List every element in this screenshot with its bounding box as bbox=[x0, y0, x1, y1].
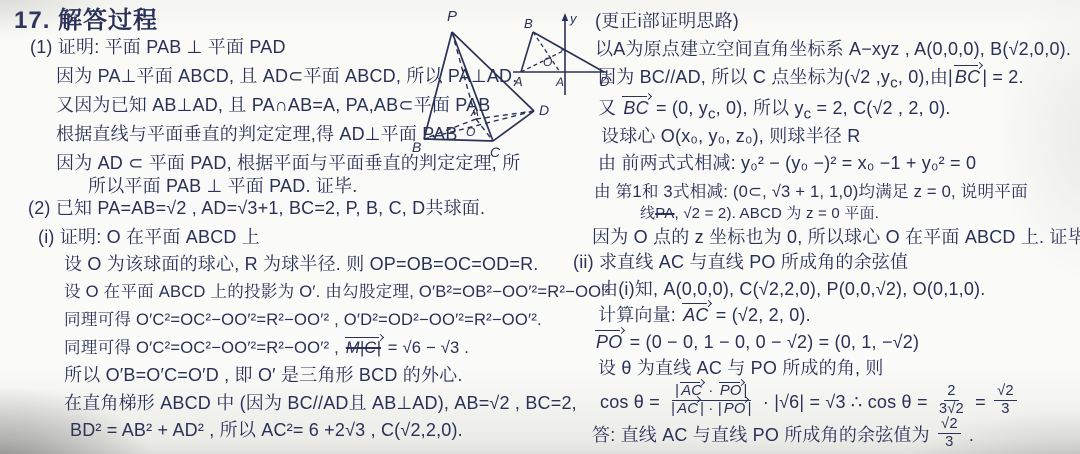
vertex-label-d: D bbox=[539, 102, 549, 118]
solution-line: 计算向量: AC = (√2, 2, 0). bbox=[598, 304, 811, 327]
axis-label-y: y bbox=[569, 11, 578, 26]
coord-label-a2: A bbox=[555, 75, 564, 89]
solution-line: (1) 证明: 平面 PAB ⊥ 平面 PAD bbox=[30, 36, 286, 59]
coord-label-o: O bbox=[543, 55, 552, 69]
coord-label-b: B bbox=[524, 16, 533, 31]
solution-line: 设球心 O(x₀, y₀, z₀), 则球半径 R bbox=[601, 125, 860, 148]
vertex-label-a: A bbox=[470, 105, 479, 119]
solution-line: 同理可得 O′C²=OC²−OO′²=R²−OO′² , O′D²=OD²−OO… bbox=[64, 310, 542, 331]
coord-label-d: D bbox=[600, 74, 609, 89]
solution-line: 又 BC = (0, yc, 0), 所以 yc = 2, C(√2 , 2, … bbox=[598, 97, 951, 124]
solution-line: 因为 O 点的 z 坐标也为 0, 所以球心 O 在平面 ABCD 上. 证毕. bbox=[592, 226, 1080, 249]
solution-line: 设 O 为该球面的球心, R 为球半径. 则 OP=OB=OC=OD=R. bbox=[64, 253, 538, 276]
center-label-o: O bbox=[466, 125, 475, 139]
solution-line: PO = (0 − 0, 1 − 0, 0 − √2) = (0, 1, −√2… bbox=[594, 331, 919, 354]
solution-line: (ii) 求直线 AC 与直线 PO 所成角的余弦值 bbox=[573, 251, 908, 274]
solution-line: 在直角梯形 ABCD 中 (因为 BC//AD且 AB⊥AD), AB=√2 ,… bbox=[64, 392, 577, 415]
solution-line: 设 θ 为直线 AC 与 PO 所成的角, 则 bbox=[598, 357, 884, 380]
coord-label-a: A bbox=[513, 74, 523, 89]
page-title: 17. 解答过程 bbox=[14, 6, 158, 36]
axis-arrowhead bbox=[562, 13, 568, 21]
solution-line: cos θ = |AC · PO||AC| · |PO| · |√6| = √3… bbox=[600, 386, 1020, 420]
solution-line: BD² = AB² + AD² , 所以 AC²= 6 +2√3 , C(√2,… bbox=[70, 419, 463, 442]
solution-line: 所以 O′B=O′C=O′D , 即 O′ 是三角形 BCD 的外心. bbox=[64, 364, 463, 387]
solution-sheet: 17. 解答过程 (1) 证明: 平面 PAB ⊥ 平面 PAD 因为 PA⊥平… bbox=[0, 0, 1080, 454]
solution-line: 所以平面 PAB ⊥ 平面 PAD. 证毕. bbox=[88, 175, 357, 198]
solution-line: 线PA, √2 = 2). ABCD 为 z = 0 平面. bbox=[640, 205, 879, 224]
solution-line: (i) 证明: O 在平面 ABCD 上 bbox=[38, 226, 260, 249]
solution-line: 由 前两式式相减: y₀² − (y₀ −)² = x₀ −1 + y₀² = … bbox=[598, 152, 976, 175]
solution-line: 由 第1和 3式相减: (0⊂, √3 + 1, 1,0)均满足 z = 0, … bbox=[594, 182, 1028, 203]
solution-line: (2) 已知 PA=AB=√2 , AD=√3+1, BC=2, P, B, C… bbox=[28, 197, 485, 220]
vertex-label-b: B bbox=[412, 139, 421, 155]
solution-line: 答: 直线 AC 与直线 PO 所成角的余弦值为 √23 . bbox=[592, 419, 974, 453]
solution-line: 由(i)知, A(0,0,0), C(√2,2,0), P(0,0,√2), O… bbox=[600, 278, 985, 301]
solution-line: 同理可得 O′C²=OC²−OO′²=R²−OO′² , M|C| = √6 −… bbox=[64, 338, 469, 359]
coordinate-diagram: B A A D O y bbox=[503, 8, 618, 103]
vertex-label-p: P bbox=[447, 8, 457, 25]
solution-line: 因为 BC//AD, 所以 C 点坐标为(√2 ,yc, 0),由|BC| = … bbox=[598, 66, 1024, 93]
solution-line: 以A为原点建立空间直角坐标系 A−xyz , A(0,0,0), B(√2,0,… bbox=[595, 38, 1071, 61]
vertex-label-c: C bbox=[490, 144, 501, 160]
solution-line: 设 O 在平面 ABCD 上的投影为 O′. 由勾股定理, O′B²=OB²−O… bbox=[64, 282, 610, 303]
